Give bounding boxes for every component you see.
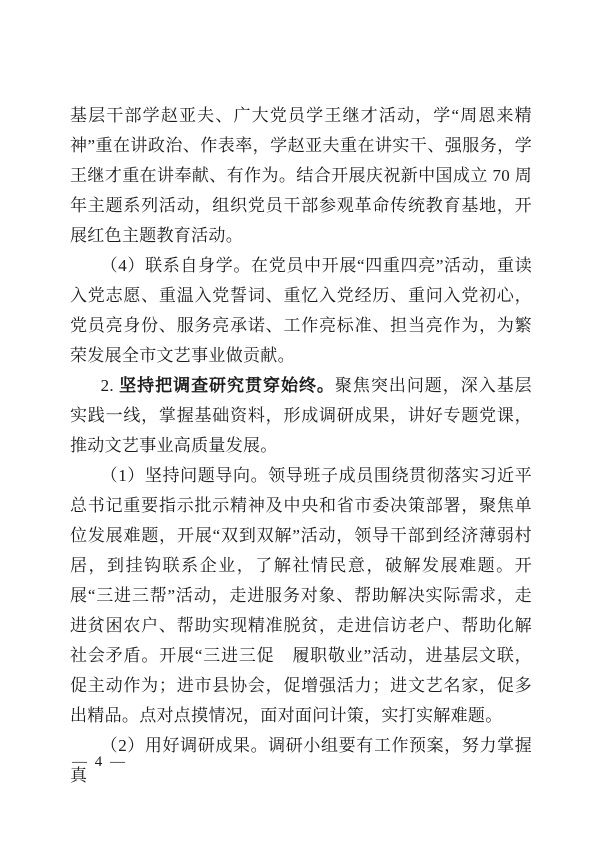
document-body: 基层干部学赵亚夫、广大党员学王继才活动，学“周恩来精神”重在讲政治、作表率，学赵… (70, 101, 532, 791)
paragraph: （1）坚持问题导向。领导班子成员围绕贯彻落实习近平总书记重要指示批示精神及中央和… (70, 461, 532, 731)
paragraph-number: 2. (101, 376, 120, 395)
document-page: 基层干部学赵亚夫、广大党员学王继才活动，学“周恩来精神”重在讲政治、作表率，学赵… (0, 0, 600, 854)
paragraph-text: （4）联系自身学。在党员中开展“四重四亮”活动，重读入党志愿、重温入党誓词、重忆… (70, 256, 532, 365)
paragraph-text: 基层干部学赵亚夫、广大党员学王继才活动，学“周恩来精神”重在讲政治、作表率，学赵… (70, 106, 532, 245)
page-number: — 4 — (72, 752, 127, 772)
paragraph-lead: 坚持把调查研究贯穿始终。 (119, 376, 335, 395)
paragraph: （4）联系自身学。在党员中开展“四重四亮”活动，重读入党志愿、重温入党誓词、重忆… (70, 251, 532, 371)
paragraph: 基层干部学赵亚夫、广大党员学王继才活动，学“周恩来精神”重在讲政治、作表率，学赵… (70, 101, 532, 251)
paragraph-text: （2）用好调研成果。调研小组要有工作预案，努力掌握真 (70, 736, 532, 785)
paragraph: （2）用好调研成果。调研小组要有工作预案，努力掌握真 (70, 731, 532, 791)
paragraph-text: （1）坚持问题导向。领导班子成员围绕贯彻落实习近平总书记重要指示批示精神及中央和… (70, 466, 532, 725)
paragraph: 2. 坚持把调查研究贯穿始终。聚焦突出问题，深入基层实践一线，掌握基础资料，形成… (70, 371, 532, 461)
